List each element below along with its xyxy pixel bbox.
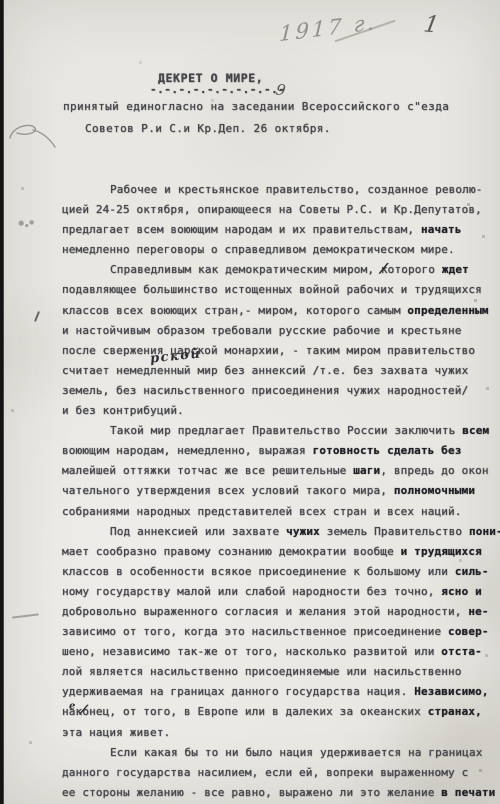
typed-segment: добровольно выраженного согласия и желан…	[62, 605, 468, 618]
typed-segment: наконец, от того, в Европе или в далеких…	[62, 705, 428, 718]
typed-segment-bold: отста-	[441, 645, 482, 658]
typed-segment: мает сообразно правому сознанию демократ…	[62, 545, 401, 558]
typed-line: ее стороны желанию - все равно, выражено…	[62, 783, 498, 803]
typed-segment: Рабочее и крестьянское правительство, со…	[110, 183, 483, 196]
handwritten-insert-mark: 9	[275, 80, 287, 99]
typed-line: собраниями народных представителей всех …	[62, 502, 498, 522]
typed-segment-bold: готовность сделать без	[313, 444, 462, 457]
document-body: Рабочее и крестьянское правительство, со…	[62, 180, 498, 803]
typed-line: лой является насильственно присоединяемы…	[62, 662, 498, 682]
typed-segment: удерживаемая на границах данного государ…	[62, 685, 414, 698]
typed-line: эта нация живет.	[62, 723, 498, 743]
typed-segment-bold: шаги	[353, 464, 380, 477]
typed-segment-bold: определенным	[407, 304, 488, 317]
typed-segment: эта нация живет.	[62, 726, 170, 739]
typed-line: шено, независимо так-же от того, насколь…	[62, 642, 498, 662]
typed-segment-bold: странах,	[428, 705, 482, 718]
pencil-squiggle	[4, 118, 58, 156]
typed-line: немедленно переговоры о справедливом дем…	[62, 240, 498, 260]
typed-line: Если какая бы то ни было нация удерживае…	[62, 743, 498, 763]
paper-speckles	[0, 0, 1, 1]
typed-line: Такой мир предлагает Правительство Росси…	[62, 421, 498, 441]
typed-line: ному государству малой или слабой народн…	[62, 582, 498, 602]
typed-line: данного государства насилием, если ей, в…	[62, 763, 498, 783]
typed-line: земель, без насильственного присоединени…	[62, 381, 498, 401]
typed-line: мает сообразно правому сознанию демократ…	[62, 542, 498, 562]
typed-segment-bold: ждет	[442, 263, 469, 276]
typed-segment-bold: в печати	[441, 786, 495, 799]
typed-segment: зависимо от того, когда это насильственн…	[62, 625, 448, 638]
typed-segment-bold: всем	[462, 424, 489, 437]
typed-segment-bold: начать	[421, 223, 462, 236]
typed-segment: Такой мир предлагает Правительство Росси…	[110, 424, 462, 437]
typed-segment: , впредь до окон	[380, 464, 488, 477]
typed-segment: подавляющее большинство истощенных войно…	[62, 283, 482, 296]
typed-segment: классов всех воюющих стран,- миром, кото…	[62, 304, 407, 317]
handwritten-letter-insert: е	[69, 701, 75, 712]
typed-segment-bold: силь-	[455, 565, 489, 578]
typed-line: воюющим народам, немедленно, выражая гот…	[62, 441, 498, 461]
pencil-tick	[34, 311, 40, 322]
typed-segment: цией 24-25 октября, опирающееся на Совет…	[62, 203, 482, 216]
typed-line: Под аннексией или захвате чужих земель П…	[62, 522, 498, 542]
typed-line: Справедливым как демократическим миром, …	[62, 260, 498, 280]
typed-segment: Под аннексией или захвате	[110, 525, 286, 538]
typed-segment: малейшей оттяжки тотчас же все решительн…	[62, 464, 353, 477]
typed-segment: и без контрибуций.	[62, 404, 184, 417]
typed-segment: воюющим народам, немедленно, выражая	[62, 444, 313, 457]
typed-segment: ее стороны желанию - все равно, выражено…	[62, 786, 441, 799]
typed-line: наконец, от того, в Европе или в далеких…	[62, 702, 498, 722]
typed-segment: и настойчивым образом требовали русские …	[62, 324, 462, 337]
typed-segment: ному государству малой или слабой народн…	[62, 585, 441, 598]
typed-line: считает немедленный мир без аннексий /т.…	[62, 361, 498, 381]
typed-line: добровольно выраженного согласия и желан…	[62, 602, 498, 622]
scanned-document-page: 1917 г. 1 ДЕКРЕТ О МИРЕ, -.-.-.-.-.-.-.-…	[0, 0, 500, 804]
typed-segment-bold: и трудящихся	[401, 545, 482, 558]
typed-line: предлагает всем воюющим народам и их пра…	[62, 220, 498, 240]
typed-line: удерживаемая на границах данного государ…	[62, 682, 498, 702]
typed-segment-bold: полномочными	[394, 484, 475, 497]
typed-line: подавляющее большинство истощенных войно…	[62, 280, 498, 300]
typed-line: классов в особенности всякое присоединен…	[62, 562, 498, 582]
typed-segment-bold: чужих	[286, 525, 320, 538]
typed-line: после свержения царской монархии, - таки…	[62, 341, 498, 361]
typed-segment-bold: ясно и	[441, 585, 482, 598]
typed-segment: земель, без насильственного присоединени…	[62, 384, 468, 397]
typed-segment: данного государства насилием, если ей, в…	[62, 766, 468, 779]
typed-segment: Если какая бы то ни было нация удерживае…	[110, 746, 483, 759]
typed-segment-bold: совер-	[448, 625, 489, 638]
title-underline: -.-.-.-.-.-.-.-.-.-	[150, 83, 285, 96]
typed-segment: шено, независимо так-же от того, насколь…	[62, 645, 441, 658]
typed-segment: немедленно переговоры о справедливом дем…	[62, 243, 455, 256]
typed-segment: Справедливым как демократическим миром, …	[110, 263, 442, 276]
typed-segment-bold: пони-	[469, 525, 500, 538]
pencil-dots	[18, 220, 34, 228]
typed-line: зависимо от того, когда это насильственн…	[62, 622, 498, 642]
typed-segment: считает немедленный мир без аннексий /т.…	[62, 364, 468, 377]
typed-line: чательного утверждения всех условий тако…	[62, 481, 498, 501]
typed-segment: классов в особенности всякое присоединен…	[62, 565, 455, 578]
typed-line: и без контрибуций.	[62, 401, 498, 421]
typed-segment-bold: Независимо,	[414, 685, 489, 698]
typed-segment: предлагает всем воюющим народам и их пра…	[62, 223, 421, 236]
typed-line: цией 24-25 октября, опирающееся на Совет…	[62, 200, 498, 220]
typed-line: классов всех воюющих стран,- миром, кото…	[62, 301, 498, 321]
handwritten-year-note: 1917 г.	[279, 10, 378, 46]
typed-line: малейшей оттяжки тотчас же все решительн…	[62, 461, 498, 481]
typed-segment-bold: не-	[468, 605, 488, 618]
typed-line: Рабочее и крестьянское правительство, со…	[62, 180, 498, 200]
typed-segment: собраниями народных представителей всех …	[62, 505, 462, 518]
document-subtitle-line1: принятый единогласно на заседании Всерос…	[63, 100, 449, 113]
typed-segment: лой является насильственно присоединяемы…	[62, 665, 462, 678]
typed-segment: после свержения царской монархии, - таки…	[62, 344, 475, 357]
pencil-dash	[12, 613, 39, 618]
handwritten-page-number: 1	[422, 12, 441, 39]
typed-line: и настойчивым образом требовали русские …	[62, 321, 498, 341]
typed-segment: земель Правительство	[320, 525, 469, 538]
document-subtitle-line2: Советов Р.и С.и Кр.Деп. 26 октября.	[85, 122, 331, 135]
typed-segment: чательного утверждения всех условий тако…	[62, 484, 394, 497]
